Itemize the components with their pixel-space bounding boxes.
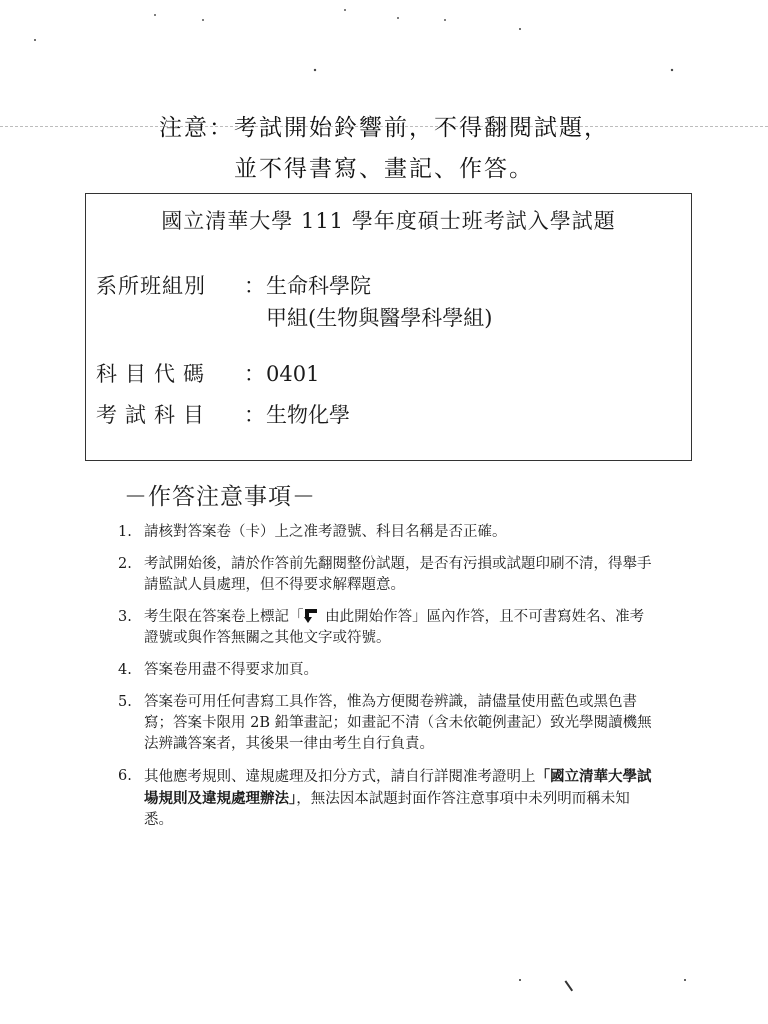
subject-colon: ： bbox=[244, 399, 266, 429]
notice-line-1: 注意：考試開始鈴響前，不得翻閱試題， bbox=[0, 109, 768, 142]
instruction-number: 6. bbox=[118, 766, 132, 787]
subject-label: 考試科目 bbox=[96, 399, 244, 429]
department-label: 系所班組別 bbox=[96, 270, 244, 300]
subject-code-value: 0401 bbox=[266, 362, 319, 386]
department-field: 系所班組別：生命科學院 bbox=[96, 270, 371, 300]
instruction-text: 考生限在答案卷上標記「 由此開始作答」區內作答，且不可書寫姓名、准考證號或與作答… bbox=[144, 607, 658, 649]
subject-value: 生物化學 bbox=[266, 399, 350, 429]
instruction-text: 答案卷可用任何書寫工具作答，惟為方便閱卷辨識，請儘量使用藍色或黑色書寫；答案卡限… bbox=[144, 692, 658, 755]
instruction-text: 其他應考規則、違規處理及扣分方式，請自行詳閱准考證明上「國立清華大學試場規則及違… bbox=[144, 766, 658, 831]
department-colon: ： bbox=[244, 270, 266, 300]
exam-info-box: 國立清華大學 111 學年度碩士班考試入學試題 系所班組別：生命科學院 甲組(生… bbox=[85, 193, 692, 461]
instruction-number: 2. bbox=[118, 554, 132, 575]
subject-code-label: 科目代碼 bbox=[96, 358, 244, 388]
instruction-text: 請核對答案卷（卡）上之准考證號、科目名稱是否正確。 bbox=[144, 522, 658, 543]
instruction-text-before: 其他應考規則、違規處理及扣分方式，請自行詳閱准考證明上 bbox=[144, 769, 536, 785]
instruction-text-before: 考生限在答案卷上標記「 bbox=[144, 609, 304, 625]
instructions-list: 1. 請核對答案卷（卡）上之准考證號、科目名稱是否正確。 2. 考試開始後，請於… bbox=[118, 522, 658, 842]
instruction-item: 1. 請核對答案卷（卡）上之准考證號、科目名稱是否正確。 bbox=[118, 522, 658, 543]
instruction-item: 6. 其他應考規則、違規處理及扣分方式，請自行詳閱准考證明上「國立清華大學試場規… bbox=[118, 766, 658, 831]
exam-title: 國立清華大學 111 學年度碩士班考試入學試題 bbox=[86, 205, 691, 235]
instruction-item: 2. 考試開始後，請於作答前先翻閱整份試題，是否有污損或試題印刷不清，得舉手請監… bbox=[118, 554, 658, 596]
instruction-item: 3. 考生限在答案卷上標記「 由此開始作答」區內作答，且不可書寫姓名、准考證號或… bbox=[118, 607, 658, 649]
subject-code-field: 科目代碼：0401 bbox=[96, 358, 319, 388]
scan-artifact-mark bbox=[565, 980, 573, 991]
department-value: 生命科學院 bbox=[266, 270, 371, 300]
instruction-text: 答案卷用盡不得要求加頁。 bbox=[144, 660, 658, 681]
instruction-number: 1. bbox=[118, 522, 132, 543]
instruction-number: 4. bbox=[118, 660, 132, 681]
subject-code-colon: ： bbox=[244, 358, 266, 388]
instruction-item: 5. 答案卷可用任何書寫工具作答，惟為方便閱卷辨識，請儘量使用藍色或黑色書寫；答… bbox=[118, 692, 658, 755]
instructions-heading: －作答注意事項－ bbox=[124, 478, 316, 511]
department-sub-value: 甲組(生物與醫學科學組) bbox=[266, 302, 492, 332]
instruction-number: 5. bbox=[118, 692, 132, 713]
subject-field: 考試科目：生物化學 bbox=[96, 399, 350, 429]
instruction-number: 3. bbox=[118, 607, 132, 628]
arrow-down-corner-icon bbox=[304, 608, 318, 624]
instruction-item: 4. 答案卷用盡不得要求加頁。 bbox=[118, 660, 658, 681]
instruction-text: 考試開始後，請於作答前先翻閱整份試題，是否有污損或試題印刷不清，得舉手請監試人員… bbox=[144, 554, 658, 596]
notice-line-2: 並不得書寫、畫記、作答。 bbox=[0, 150, 768, 183]
